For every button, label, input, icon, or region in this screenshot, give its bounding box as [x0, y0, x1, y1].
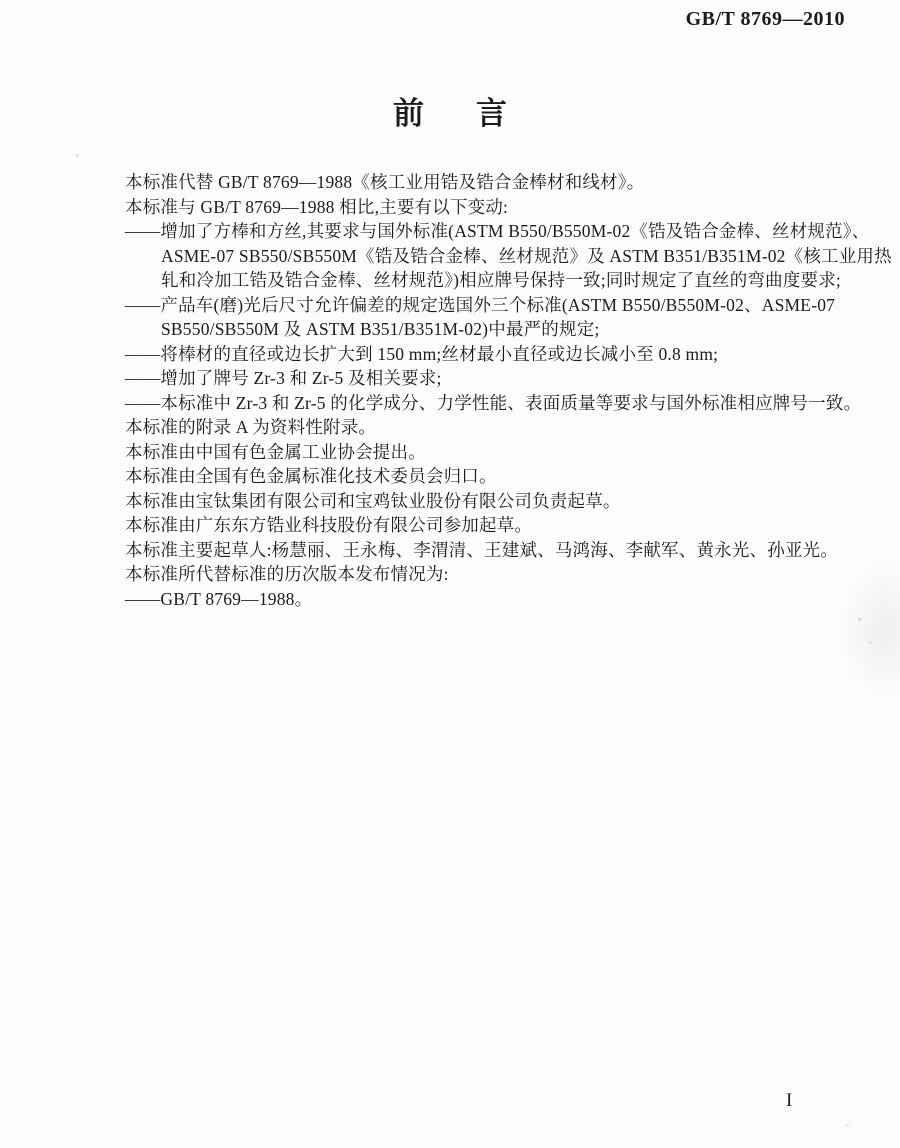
text-line: 本标准与 GB/T 8769—1988 相比,主要有以下变动:	[125, 195, 851, 220]
document-page: GB/T 8769—2010 前言 本标准代替 GB/T 8769—1988《核…	[0, 0, 900, 1148]
text-line: ——增加了方棒和方丝,其要求与国外标准(ASTM B550/B550M-02《锆…	[125, 219, 851, 244]
text-line: ——产品车(磨)光后尺寸允许偏差的规定选国外三个标准(ASTM B550/B55…	[125, 293, 851, 318]
text-line: 本标准所代替标准的历次版本发布情况为:	[125, 562, 851, 587]
text-line: 本标准由广东东方锆业科技股份有限公司参加起草。	[125, 513, 851, 538]
standard-code: GB/T 8769—2010	[686, 8, 845, 31]
text-line: ——将棒材的直径或边长扩大到 150 mm;丝材最小直径或边长减小至 0.8 m…	[125, 342, 851, 367]
text-line: ASME-07 SB550/SB550M《锆及锆合金棒、丝材规范》及 ASTM …	[125, 244, 851, 269]
foreword-body: 本标准代替 GB/T 8769—1988《核工业用锆及锆合金棒材和线材》。本标准…	[125, 170, 851, 611]
text-line: 本标准代替 GB/T 8769—1988《核工业用锆及锆合金棒材和线材》。	[125, 170, 851, 195]
text-line: ——本标准中 Zr-3 和 Zr-5 的化学成分、力学性能、表面质量等要求与国外…	[125, 391, 851, 416]
text-line: SB550/SB550M 及 ASTM B351/B351M-02)中最严的规定…	[125, 317, 851, 342]
scan-speck	[846, 1124, 849, 1127]
text-line: 轧和冷加工锆及锆合金棒、丝材规范》)相应牌号保持一致;同时规定了直丝的弯曲度要求…	[125, 268, 851, 293]
scan-speck	[858, 618, 861, 621]
text-line: 本标准由中国有色金属工业协会提出。	[125, 440, 851, 465]
page-title: 前言	[0, 88, 900, 133]
text-line: 本标准主要起草人:杨慧丽、王永梅、李渭清、王建斌、马鸿海、李献军、黄永光、孙亚光…	[125, 538, 851, 563]
text-line: ——增加了牌号 Zr-3 和 Zr-5 及相关要求;	[125, 366, 851, 391]
text-line: 本标准的附录 A 为资料性附录。	[125, 415, 851, 440]
text-line: 本标准由全国有色金属标准化技术委员会归口。	[125, 464, 851, 489]
text-line: ——GB/T 8769—1988。	[125, 587, 851, 612]
page-number: I	[786, 1090, 793, 1112]
text-line: 本标准由宝钛集团有限公司和宝鸡钛业股份有限公司负责起草。	[125, 489, 851, 514]
scan-speck	[869, 641, 872, 644]
scan-speck	[76, 154, 79, 157]
